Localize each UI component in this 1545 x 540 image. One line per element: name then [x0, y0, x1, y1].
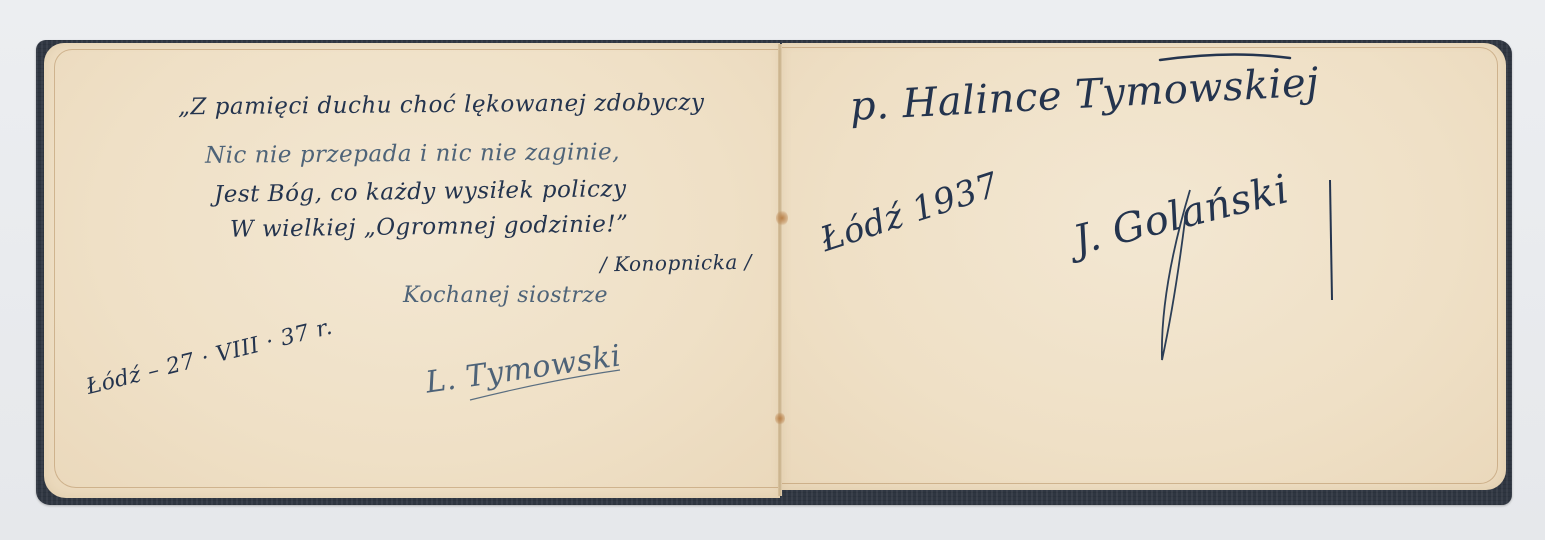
poem-attribution: / Konopnicka / [600, 250, 752, 277]
poem-line-4: W wielkiej „Ogromnej godzinie!” [230, 211, 629, 243]
book-gutter [778, 44, 782, 496]
poem-line-2: Nic nie przepada i nic nie zaginie, [205, 139, 620, 169]
poem-line-1: „Z pamięci duchu choć lękowanej zdobyczy [178, 90, 705, 121]
binding-stain [775, 412, 785, 425]
left-dedication: Kochanej siostrze [403, 283, 608, 308]
binding-stain [776, 210, 788, 226]
